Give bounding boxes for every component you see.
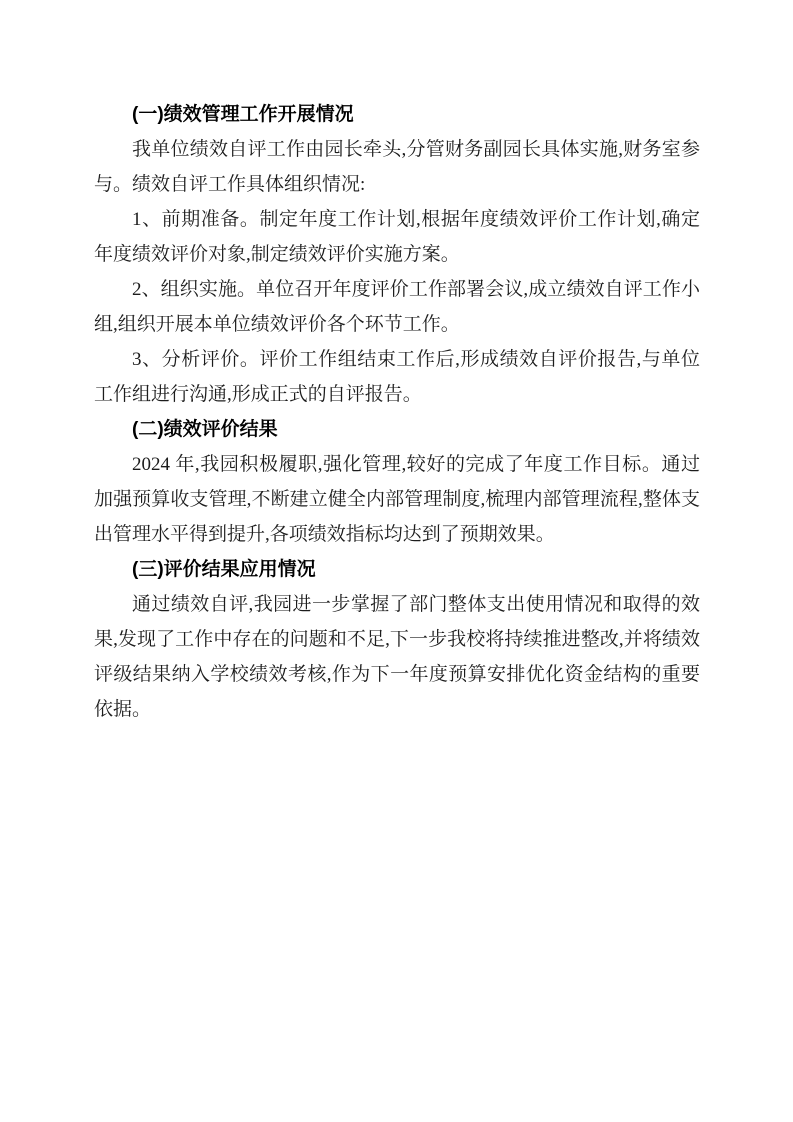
section-heading-results-application: (三)评价结果应用情况 <box>94 552 700 587</box>
section-heading-evaluation-results: (二)绩效评价结果 <box>94 412 700 447</box>
section-heading-performance-management: (一)绩效管理工作开展情况 <box>94 97 700 132</box>
body-paragraph-organization-overview: 我单位绩效自评工作由园长牵头,分管财务副园长具体实施,财务室参与。绩效自评工作具… <box>94 132 700 202</box>
document-page: (一)绩效管理工作开展情况 我单位绩效自评工作由园长牵头,分管财务副园长具体实施… <box>0 0 793 1122</box>
body-paragraph-item-2-implementation: 2、组织实施。单位召开年度评价工作部署会议,成立绩效自评工作小组,组织开展本单位… <box>94 272 700 342</box>
body-paragraph-item-3-analysis: 3、分析评价。评价工作组结束工作后,形成绩效自评价报告,与单位工作组进行沟通,形… <box>94 342 700 412</box>
body-paragraph-application-details: 通过绩效自评,我园进一步掌握了部门整体支出使用情况和取得的效果,发现了工作中存在… <box>94 587 700 727</box>
body-paragraph-2024-results: 2024 年,我园积极履职,强化管理,较好的完成了年度工作目标。通过加强预算收支… <box>94 447 700 552</box>
document-content: (一)绩效管理工作开展情况 我单位绩效自评工作由园长牵头,分管财务副园长具体实施… <box>94 97 700 727</box>
body-paragraph-item-1-preparation: 1、前期准备。制定年度工作计划,根据年度绩效评价工作计划,确定年度绩效评价对象,… <box>94 202 700 272</box>
